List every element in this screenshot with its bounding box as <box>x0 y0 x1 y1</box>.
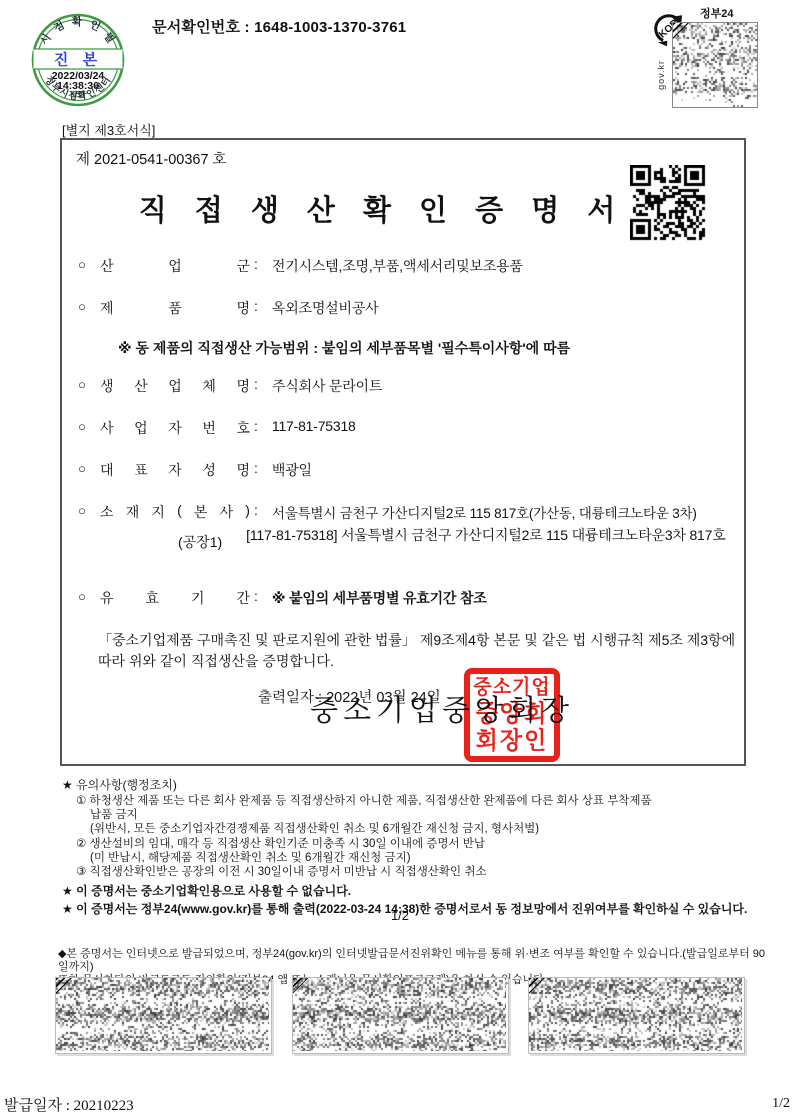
field-headquarters-address: ○ 소재지(본사) : 서울특별시 금천구 가산디지털2로 115 817호(가… <box>78 502 734 522</box>
field-value: 백광일 <box>272 460 312 480</box>
field-colon: : <box>254 256 258 272</box>
field-colon: : <box>254 418 258 434</box>
barcode-block <box>528 977 745 1054</box>
verification-barcodes <box>55 977 745 1054</box>
certificate-number: 제 2021-0541-00367 호 <box>76 148 227 169</box>
field-product-name: ○ 제품명 : 옥외조명설비공사 <box>78 298 734 318</box>
field-colon: : <box>254 298 258 314</box>
barcode-block <box>292 977 509 1054</box>
field-representative-name: ○ 대표자성명 : 백광일 <box>78 460 734 480</box>
issuer-name: 중소기업중앙회장 <box>62 688 800 729</box>
notice-item: 납품 금지 <box>90 809 762 821</box>
gov24-govkr-text: gov.kr <box>656 60 666 90</box>
circle-marker: ○ <box>78 460 100 476</box>
field-label: 생산업체명 <box>100 376 250 396</box>
notices-section: ★ 유의사항(행정조치) ① 하청생산 제품 또는 다른 회사 완제품 등 직접… <box>62 779 762 916</box>
notice-item: ③ 직접생산확인받은 공장의 이전 시 30일이내 증명서 미반납 시 직접생산… <box>76 866 762 878</box>
field-label: 대표자성명 <box>100 460 250 480</box>
footer-note-line1: ◆본 증명서는 인터넷으로 발급되었으며, 정부24(gov.kr)의 인터넷발… <box>58 948 768 974</box>
legal-basis-text: 「중소기업제품 구매촉진 및 판로지원에 관한 법률」 제9조제4항 본문 및 … <box>98 630 738 672</box>
seal-row-1: 중소기업 <box>473 678 550 698</box>
field-label: 사업자번호 <box>100 418 250 438</box>
factory-value: [117-81-75318] 서울특별시 금천구 가산디지털2로 115 대륭테… <box>246 526 734 552</box>
field-value: 서울특별시 금천구 가산디지털2로 115 817호(가산동, 대륭테크노타운 … <box>272 502 697 522</box>
barcode-block <box>55 977 272 1054</box>
field-colon: : <box>254 588 258 604</box>
field-value: 주식회사 문라이트 <box>272 376 382 396</box>
field-colon: : <box>254 460 258 476</box>
notice-item: ② 생산설비의 임대, 매각 등 직접생산 확인기준 미충족 시 30일 이내에… <box>76 838 762 850</box>
seal-row-3: 회장인 <box>476 728 549 752</box>
page-indicator-footer: 1/2 <box>772 1096 790 1112</box>
qr-code <box>630 165 706 241</box>
field-colon: : <box>254 502 258 518</box>
circle-marker: ○ <box>78 376 100 392</box>
seal-row-2: 중앙회 <box>476 701 549 725</box>
field-label: 유효기간 <box>100 588 250 608</box>
gov24-label: 정부24 <box>700 5 734 21</box>
field-label: 소재지(본사) <box>100 502 250 522</box>
field-value: 전기시스템,조명,부품,액세서리및보조용품 <box>272 256 523 276</box>
notice-item: (미 반납시, 해당제품 직접생산확인 취소 및 6개월간 재신청 금지) <box>90 852 762 864</box>
circle-marker: ○ <box>78 588 100 604</box>
field-colon: : <box>254 376 258 392</box>
factory-label: (공장1) <box>178 526 222 552</box>
stamp-original-label: 진 본 <box>54 51 102 69</box>
production-scope-note: ※ 동 제품의 직접생산 가능범위 : 붙임의 세부품목별 '필수특이사항'에 … <box>118 338 734 358</box>
official-red-seal: 중소기업 중앙회 회장인 <box>464 668 560 762</box>
notices-title: ★ 유의사항(행정조치) <box>62 779 762 792</box>
field-label: 제품명 <box>100 298 250 318</box>
certificate-box: 제 2021-0541-00367 호 직 접 생 산 확 인 증 명 서 ○ … <box>60 138 746 766</box>
circle-marker: ○ <box>78 256 100 272</box>
field-producer-name: ○ 생산업체명 : 주식회사 문라이트 <box>78 376 734 396</box>
certificate-title: 직 접 생 산 확 인 증 명 서 <box>62 188 702 229</box>
notice-item: ① 하청생산 제품 또는 다른 회사 완제품 등 직접생산하지 아니한 제품, … <box>76 795 762 807</box>
document-confirmation-number: 문서확인번호 : 1648-1003-1370-3761 <box>152 16 406 37</box>
field-business-number: ○ 사업자번호 : 117-81-75318 <box>78 418 734 438</box>
certificate-page: 시 점 확 인 필 진 본 2022/03/24 14:38:36 KST 정부… <box>0 0 800 1120</box>
field-value: 117-81-75318 <box>272 418 356 434</box>
certificate-fields: ○ 산업군 : 전기시스템,조명,부품,액세서리및보조용품 ○ 제품명 : 옥외… <box>78 256 734 707</box>
notice-item: (위반시, 모든 중소기업자간경쟁제품 직접생산확인 취소 및 6개월간 재신청… <box>90 823 762 835</box>
field-label: 산업군 <box>100 256 250 276</box>
issue-date: 발급일자 : 20210223 <box>4 1094 134 1115</box>
gov24-barcode-stamp <box>672 22 758 108</box>
notice-star-no-sme-use: ★ 이 증명서는 중소기업확인용으로 사용할 수 없습니다. <box>62 885 762 898</box>
field-value: 옥외조명설비공사 <box>272 298 379 318</box>
circle-marker: ○ <box>78 418 100 434</box>
field-factory-address: (공장1) [117-81-75318] 서울특별시 금천구 가산디지털2로 1… <box>178 526 734 552</box>
page-indicator-center: 1/2 <box>0 908 800 923</box>
field-value: ※ 붙임의 세부품명별 유효기간 참조 <box>272 588 487 608</box>
timestamp-verification-stamp: 시 점 확 인 필 진 본 2022/03/24 14:38:36 KST 정부… <box>30 12 126 108</box>
field-industry-group: ○ 산업군 : 전기시스템,조명,부품,액세서리및보조용품 <box>78 256 734 276</box>
field-validity-period: ○ 유효기간 : ※ 붙임의 세부품명별 유효기간 참조 <box>78 588 734 608</box>
circle-marker: ○ <box>78 298 100 314</box>
form-code-label: [별지 제3호서식] <box>62 120 155 139</box>
circle-marker: ○ <box>78 502 100 518</box>
